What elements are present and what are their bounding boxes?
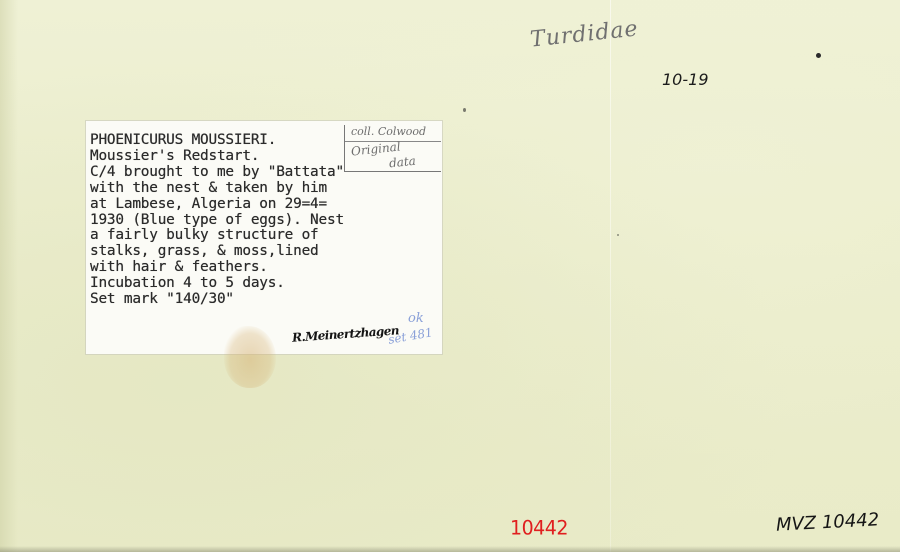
water-stain [224,326,276,388]
label-line: at Lambese, Algeria on 29=4= [90,196,327,212]
family-annotation: Turdidae [529,16,640,52]
catalog-number-mvz: MVZ 10442 [776,509,880,535]
catalog-number-red: 10442 [510,516,568,539]
label-line: 1930 (Blue type of eggs). Nest [90,212,344,228]
label-line: a fairly bulky structure of [90,227,319,243]
collection-note: coll. Colwood [351,125,426,138]
collector-signature: R.Meinertzhagen [292,323,400,344]
card-bottom-edge [0,546,900,552]
data-label: PHOENICURUS MOUSSIERI. Moussier's Redsta… [86,121,442,354]
data-note: data [388,154,416,171]
ok-annotation: ok [408,311,424,326]
label-line-incubation: Incubation 4 to 5 days. [90,275,285,291]
ink-speck [816,53,821,58]
fold-line [610,0,611,552]
label-line: stalks, grass, & moss,lined [90,243,319,259]
label-line: C/4 brought to me by "Battata" [90,164,344,180]
ink-speck [617,234,619,236]
label-line-species: PHOENICURUS MOUSSIERI. [90,132,276,148]
pencil-annotation-box: coll. Colwood Original data [344,125,441,172]
label-line: with hair & feathers. [90,259,268,275]
page-reference: 10-19 [662,70,709,89]
label-line-common-name: Moussier's Redstart. [90,148,259,164]
specimen-card: Turdidae 10-19 PHOENICURUS MOUSSIERI. Mo… [0,0,900,552]
label-line: with the nest & taken by him [90,180,327,196]
ink-speck [463,108,466,112]
label-line-set-mark: Set mark "140/30" [90,291,234,307]
card-edge-shadow [0,0,18,552]
typed-label-text: PHOENICURUS MOUSSIERI. Moussier's Redsta… [90,133,344,308]
